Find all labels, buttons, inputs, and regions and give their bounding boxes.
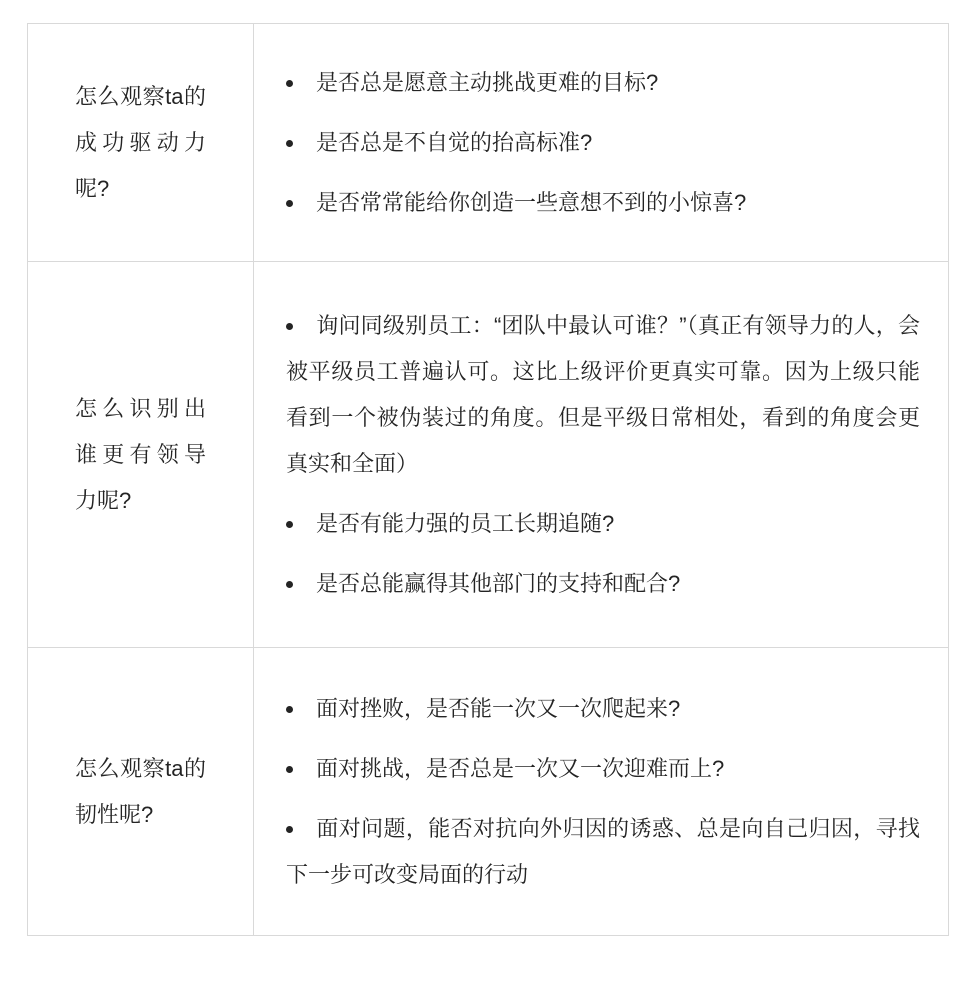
question-cell: 怎么观察ta的韧性呢? xyxy=(28,648,254,936)
answer-cell: 面对挫败，是否能一次又一次爬起来? 面对挑战，是否总是一次又一次迎难而上? 面对… xyxy=(254,648,949,936)
points-list: 询问同级别员工：“团队中最认可谁？”（真正有领导力的人，会被平级员工普遍认可。这… xyxy=(286,303,920,607)
question-text: 怎么识别出谁更有领导力呢? xyxy=(75,386,206,524)
answer-cell: 是否总是愿意主动挑战更难的目标? 是否总是不自觉的抬高标准? 是否常常能给你创造… xyxy=(254,24,949,262)
qa-table-body: 怎么观察ta的成功驱动力呢? 是否总是愿意主动挑战更难的目标? 是否总是不自觉的… xyxy=(28,24,949,936)
table-row: 怎么观察ta的成功驱动力呢? 是否总是愿意主动挑战更难的目标? 是否总是不自觉的… xyxy=(28,24,949,262)
list-item: 是否有能力强的员工长期追随? xyxy=(286,501,920,547)
table-row: 怎么识别出谁更有领导力呢? 询问同级别员工：“团队中最认可谁？”（真正有领导力的… xyxy=(28,262,949,648)
list-item: 面对挫败，是否能一次又一次爬起来? xyxy=(286,686,920,732)
list-item: 是否常常能给你创造一些意想不到的小惊喜? xyxy=(286,180,920,226)
list-item: 询问同级别员工：“团队中最认可谁？”（真正有领导力的人，会被平级员工普遍认可。这… xyxy=(286,303,920,487)
table-row: 怎么观察ta的韧性呢? 面对挫败，是否能一次又一次爬起来? 面对挑战，是否总是一… xyxy=(28,648,949,936)
list-item: 面对挑战，是否总是一次又一次迎难而上? xyxy=(286,746,920,792)
list-item: 面对问题，能否对抗向外归因的诱惑、总是向自己归因，寻找下一步可改变局面的行动 xyxy=(286,806,920,898)
question-text: 怎么观察ta的成功驱动力呢? xyxy=(75,74,206,212)
question-cell: 怎么识别出谁更有领导力呢? xyxy=(28,262,254,648)
answer-cell: 询问同级别员工：“团队中最认可谁？”（真正有领导力的人，会被平级员工普遍认可。这… xyxy=(254,262,949,648)
list-item: 是否总是愿意主动挑战更难的目标? xyxy=(286,60,920,106)
points-list: 面对挫败，是否能一次又一次爬起来? 面对挑战，是否总是一次又一次迎难而上? 面对… xyxy=(286,686,920,898)
question-text: 怎么观察ta的韧性呢? xyxy=(75,746,206,838)
question-cell: 怎么观察ta的成功驱动力呢? xyxy=(28,24,254,262)
points-list: 是否总是愿意主动挑战更难的目标? 是否总是不自觉的抬高标准? 是否常常能给你创造… xyxy=(286,60,920,226)
qa-table: 怎么观察ta的成功驱动力呢? 是否总是愿意主动挑战更难的目标? 是否总是不自觉的… xyxy=(27,23,949,936)
list-item: 是否总能赢得其他部门的支持和配合? xyxy=(286,561,920,607)
list-item: 是否总是不自觉的抬高标准? xyxy=(286,120,920,166)
